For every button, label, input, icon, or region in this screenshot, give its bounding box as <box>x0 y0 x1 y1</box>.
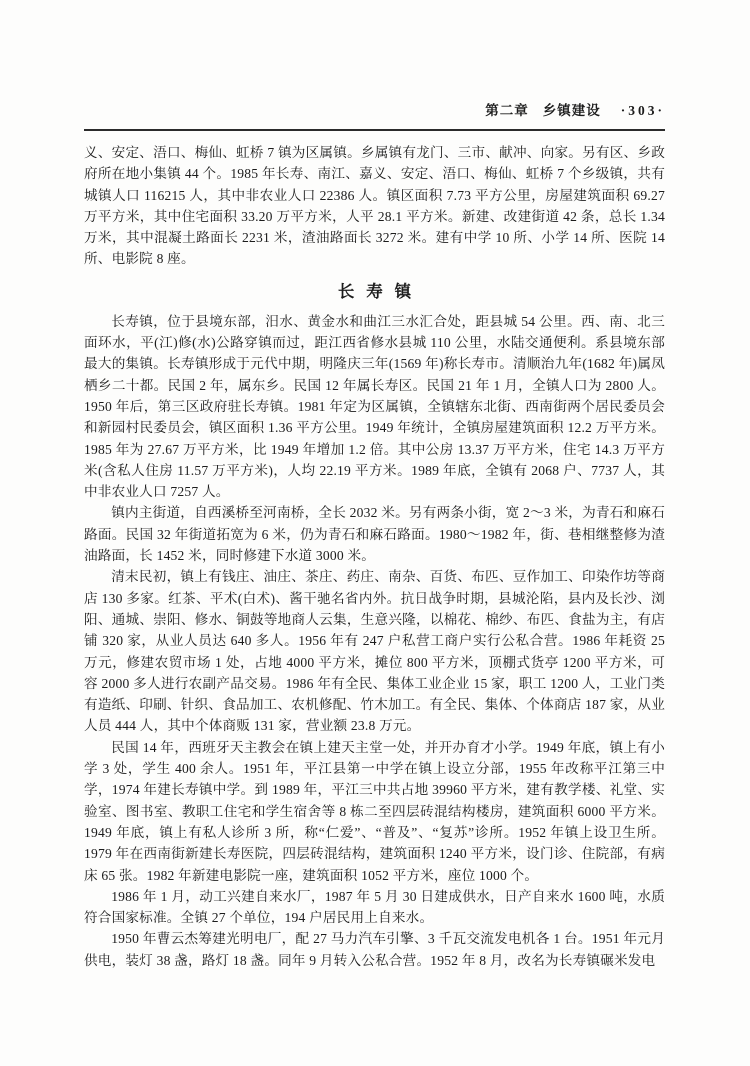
paragraph-waterworks: 1986 年 1 月，动工兴建自来水厂，1987 年 5 月 30 日建成供水，… <box>84 886 665 929</box>
chapter-label: 第二章 <box>485 103 529 118</box>
section-title: 长寿镇 <box>84 281 665 303</box>
page-body: 义、安定、浯口、梅仙、虹桥 7 镇为区属镇。乡属镇有龙门、三市、献冲、向家。另有… <box>84 142 665 971</box>
section-label: 乡镇建设 <box>543 103 601 118</box>
paragraph-town-history: 长寿镇，位于县境东部，汨水、黄金水和曲江三水汇合处，距县城 54 公里。西、南、… <box>84 311 665 503</box>
paragraph-commerce-industry: 清末民初，镇上有钱庄、油庄、茶庄、药庄、南杂、百货、布匹、豆作加工、印染作坊等商… <box>84 566 665 736</box>
page-number: ·303· <box>621 103 665 118</box>
running-header: 第二章乡镇建设·303· <box>84 102 665 120</box>
paragraph-streets: 镇内主街道，自西溪桥至河南桥，全长 2032 米。另有两条小街，宽 2～3 米，… <box>84 502 665 566</box>
paragraph-education-health: 民国 14 年，西班牙天主教会在镇上建天主堂一处，并开办育才小学。1949 年底… <box>84 737 665 886</box>
paragraph-overview-continuation: 义、安定、浯口、梅仙、虹桥 7 镇为区属镇。乡属镇有龙门、三市、献冲、向家。另有… <box>84 142 665 270</box>
header-rule <box>84 129 665 131</box>
book-page: 第二章乡镇建设·303· 义、安定、浯口、梅仙、虹桥 7 镇为区属镇。乡属镇有龙… <box>0 0 750 1066</box>
paragraph-power-plant: 1950 年曹云杰筹建光明电厂，配 27 马力汽车引擎、3 千瓦交流发电机各 1… <box>84 928 665 971</box>
